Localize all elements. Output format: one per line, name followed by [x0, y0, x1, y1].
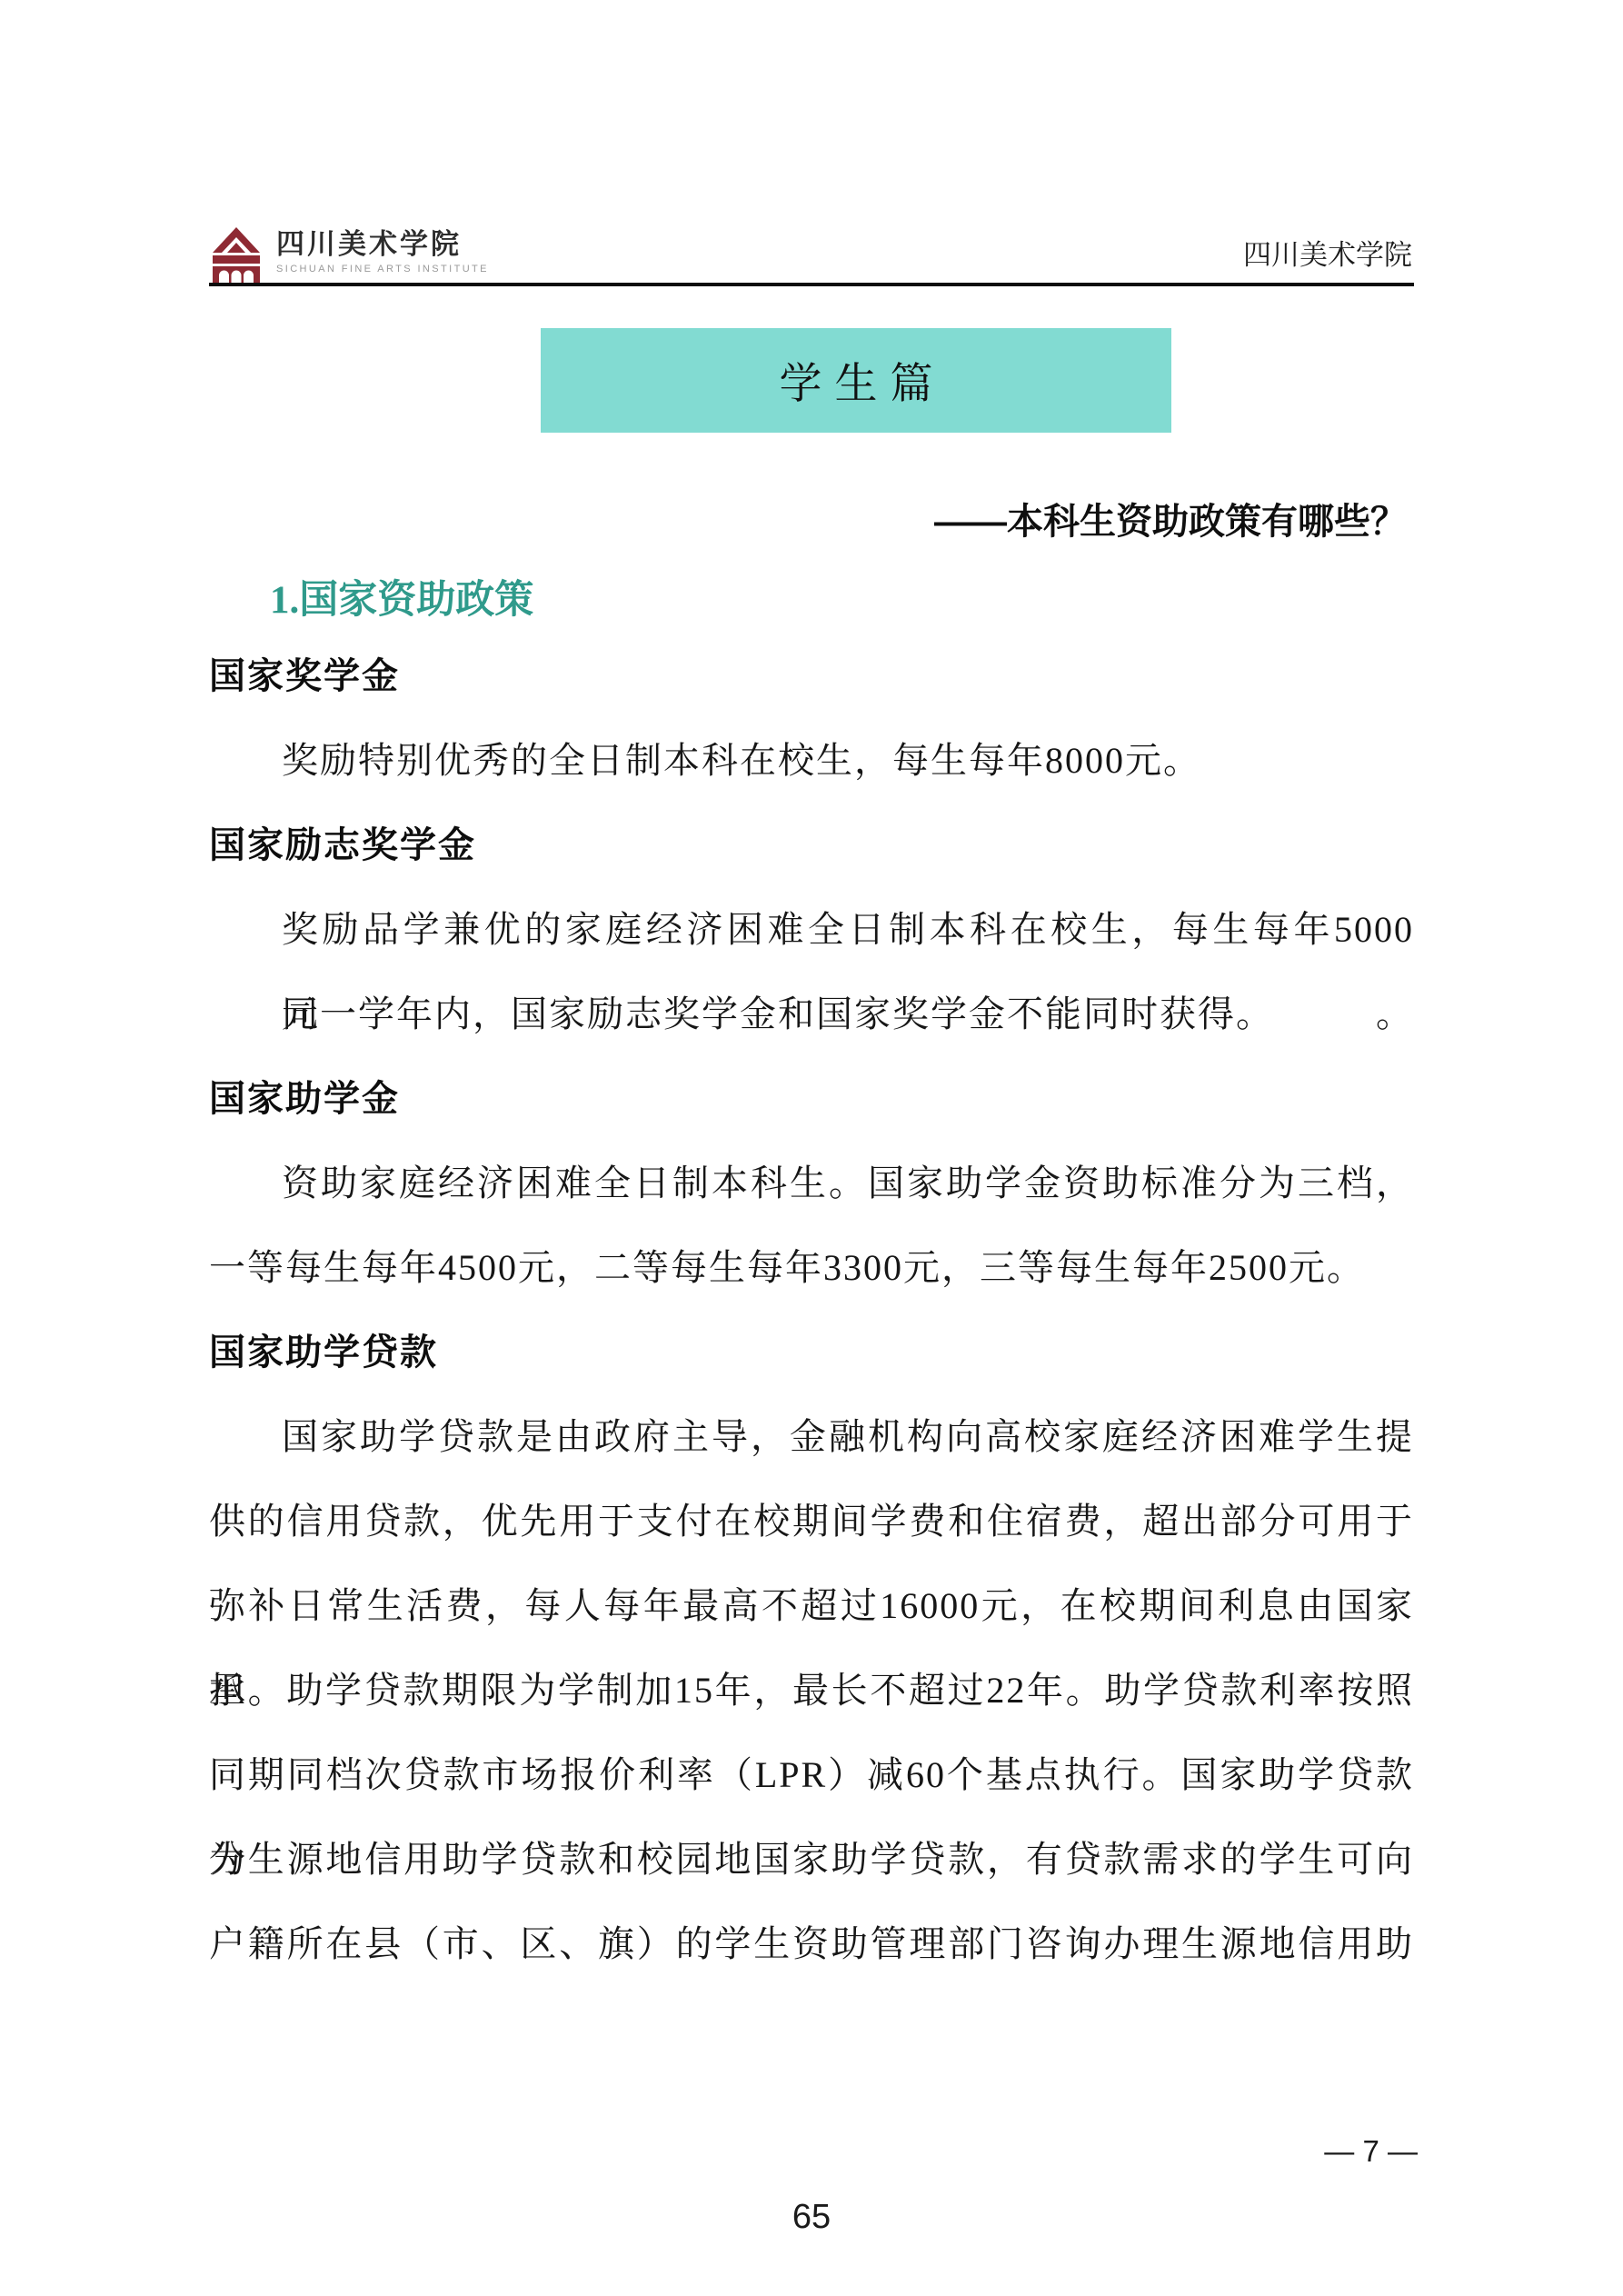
school-gate-icon	[211, 227, 262, 285]
text-line: 国家助学贷款是由政府主导，金融机构向高校家庭经济困难学生提	[209, 1394, 1414, 1479]
text-line: 户籍所在县（市、区、旗）的学生资助管理部门咨询办理生源地信用助	[209, 1902, 1414, 1986]
section-title: 1.国家资助政策	[270, 575, 533, 626]
text-line: 奖励特别优秀的全日制本科在校生，每生每年8000元。	[209, 718, 1414, 803]
section-banner: 学生篇	[541, 328, 1171, 433]
page-number: 65	[0, 2198, 1623, 2237]
header-divider	[209, 283, 1414, 286]
header-school-name: 四川美术学院	[1243, 239, 1412, 272]
heading-national-student-loan: 国家助学贷款	[209, 1310, 1414, 1394]
text-line: 资助家庭经济困难全日制本科生。国家助学金资助标准分为三档，	[209, 1141, 1414, 1225]
document-page: 四川美术学院 SICHUAN FINE ARTS INSTITUTE 四川美术学…	[0, 0, 1623, 2296]
text-line: 同一学年内，国家励志奖学金和国家奖学金不能同时获得。	[209, 972, 1414, 1056]
logo-school-name-english: SICHUAN FINE ARTS INSTITUTE	[276, 264, 489, 275]
text-line: 同期同档次贷款市场报价利率（LPR）减60个基点执行。国家助学贷款分	[209, 1732, 1414, 1817]
body-text: 国家奖学金 奖励特别优秀的全日制本科在校生，每生每年8000元。 国家励志奖学金…	[209, 634, 1414, 1986]
header-logo: 四川美术学院 SICHUAN FINE ARTS INSTITUTE	[211, 227, 489, 285]
footer-page-marker: — 7 —	[1324, 2134, 1418, 2169]
text-line: 弥补日常生活费，每人每年最高不超过16000元，在校期间利息由国家承	[209, 1563, 1414, 1648]
heading-national-grant: 国家助学金	[209, 1056, 1414, 1141]
logo-text-block: 四川美术学院 SICHUAN FINE ARTS INSTITUTE	[276, 227, 489, 275]
text-line: 担。助学贷款期限为学制加15年，最长不超过22年。助学贷款利率按照	[209, 1648, 1414, 1732]
banner-title: 学生篇	[767, 350, 946, 411]
text-line: 一等每生每年4500元，二等每生每年3300元，三等每生每年2500元。	[209, 1225, 1414, 1310]
heading-inspiration-scholarship: 国家励志奖学金	[209, 803, 1414, 887]
heading-national-scholarship: 国家奖学金	[209, 634, 1414, 718]
text-line: 为生源地信用助学贷款和校园地国家助学贷款，有贷款需求的学生可向	[209, 1817, 1414, 1902]
text-line: 供的信用贷款，优先用于支付在校期间学费和住宿费，超出部分可用于	[209, 1479, 1414, 1563]
text-line: 奖励品学兼优的家庭经济困难全日制本科在校生，每生每年5000元。	[209, 887, 1414, 972]
page-subtitle: ——本科生资助政策有哪些？	[209, 495, 1407, 548]
logo-school-name: 四川美术学院	[276, 229, 489, 260]
